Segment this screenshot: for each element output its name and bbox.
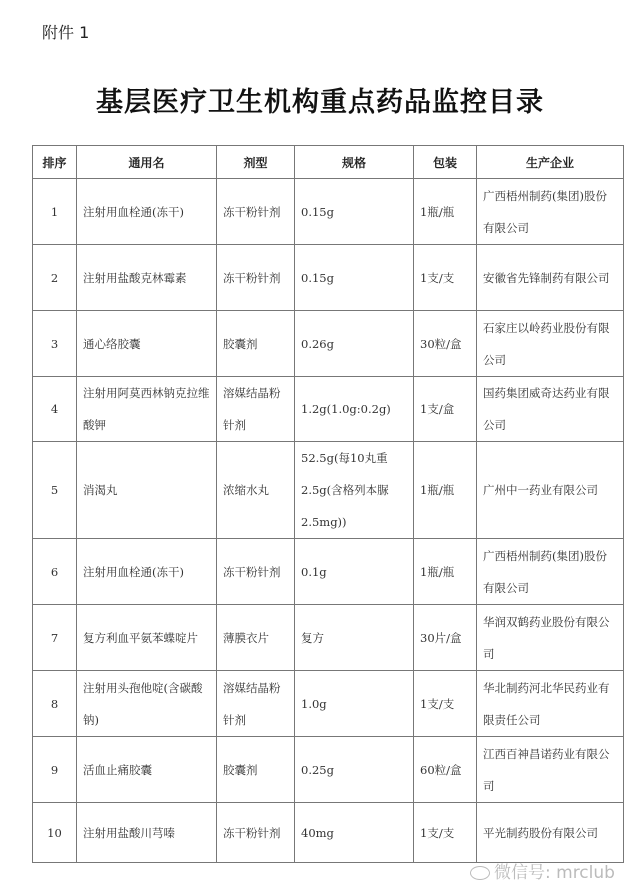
cell-name: 注射用头孢他啶(含碳酸钠) <box>77 671 217 737</box>
cell-form: 溶媒结晶粉针剂 <box>217 377 295 442</box>
cell-name: 注射用盐酸川芎嗪 <box>77 803 217 863</box>
cell-form: 薄膜衣片 <box>217 605 295 671</box>
attachment-label: 附件 1 <box>42 20 89 43</box>
cell-index: 8 <box>33 671 77 737</box>
cell-form: 冻干粉针剂 <box>217 245 295 311</box>
cell-form: 冻干粉针剂 <box>217 539 295 605</box>
column-header-package: 包装 <box>414 146 477 179</box>
cell-form: 胶囊剂 <box>217 311 295 377</box>
cell-form: 胶囊剂 <box>217 737 295 803</box>
table-row: 4 注射用阿莫西林钠克拉维酸钾 溶媒结晶粉针剂 1.2g(1.0g:0.2g) … <box>33 377 624 442</box>
cell-package: 1支/支 <box>414 803 477 863</box>
cell-index: 1 <box>33 179 77 245</box>
cell-package: 1瓶/瓶 <box>414 539 477 605</box>
table-header-row: 排序 通用名 剂型 规格 包装 生产企业 <box>33 146 624 179</box>
cell-manufacturer: 平光制药股份有限公司 <box>477 803 624 863</box>
cell-spec: 1.0g <box>295 671 414 737</box>
table-row: 6 注射用血栓通(冻干) 冻干粉针剂 0.1g 1瓶/瓶 广西梧州制药(集团)股… <box>33 539 624 605</box>
drug-monitoring-table: 排序 通用名 剂型 规格 包装 生产企业 1 注射用血栓通(冻干) 冻干粉针剂 … <box>32 145 624 863</box>
cell-package: 30片/盒 <box>414 605 477 671</box>
table-row: 3 通心络胶囊 胶囊剂 0.26g 30粒/盒 石家庄以岭药业股份有限公司 <box>33 311 624 377</box>
column-header-index: 排序 <box>33 146 77 179</box>
cell-manufacturer: 华润双鹤药业股份有限公司 <box>477 605 624 671</box>
cell-spec: 52.5g(每10丸重2.5g(含格列本脲2.5mg)) <box>295 442 414 539</box>
cell-package: 1支/支 <box>414 245 477 311</box>
cell-package: 1瓶/瓶 <box>414 442 477 539</box>
cell-name: 注射用血栓通(冻干) <box>77 179 217 245</box>
cell-spec: 0.15g <box>295 245 414 311</box>
cell-spec: 复方 <box>295 605 414 671</box>
cell-spec: 1.2g(1.0g:0.2g) <box>295 377 414 442</box>
cell-name: 活血止痛胶囊 <box>77 737 217 803</box>
table-row: 7 复方利血平氨苯蝶啶片 薄膜衣片 复方 30片/盒 华润双鹤药业股份有限公司 <box>33 605 624 671</box>
cell-index: 2 <box>33 245 77 311</box>
cell-index: 5 <box>33 442 77 539</box>
column-header-form: 剂型 <box>217 146 295 179</box>
cell-index: 7 <box>33 605 77 671</box>
cell-spec: 0.26g <box>295 311 414 377</box>
cell-index: 10 <box>33 803 77 863</box>
cell-package: 1支/支 <box>414 671 477 737</box>
cell-spec: 0.1g <box>295 539 414 605</box>
wechat-icon <box>470 866 490 880</box>
watermark: 微信号: mrclub <box>470 858 615 883</box>
cell-form: 浓缩水丸 <box>217 442 295 539</box>
cell-package: 1瓶/瓶 <box>414 179 477 245</box>
cell-name: 注射用血栓通(冻干) <box>77 539 217 605</box>
cell-manufacturer: 江西百神昌诺药业有限公司 <box>477 737 624 803</box>
cell-manufacturer: 国药集团威奇达药业有限公司 <box>477 377 624 442</box>
table-row: 9 活血止痛胶囊 胶囊剂 0.25g 60粒/盒 江西百神昌诺药业有限公司 <box>33 737 624 803</box>
cell-form: 冻干粉针剂 <box>217 803 295 863</box>
cell-spec: 0.25g <box>295 737 414 803</box>
cell-manufacturer: 安徽省先锋制药有限公司 <box>477 245 624 311</box>
cell-spec: 40mg <box>295 803 414 863</box>
cell-name: 消渴丸 <box>77 442 217 539</box>
cell-index: 4 <box>33 377 77 442</box>
cell-package: 30粒/盒 <box>414 311 477 377</box>
column-header-spec: 规格 <box>295 146 414 179</box>
cell-index: 9 <box>33 737 77 803</box>
column-header-name: 通用名 <box>77 146 217 179</box>
cell-manufacturer: 华北制药河北华民药业有限责任公司 <box>477 671 624 737</box>
cell-spec: 0.15g <box>295 179 414 245</box>
table-row: 2 注射用盐酸克林霉素 冻干粉针剂 0.15g 1支/支 安徽省先锋制药有限公司 <box>33 245 624 311</box>
cell-package: 60粒/盒 <box>414 737 477 803</box>
page-title: 基层医疗卫生机构重点药品监控目录 <box>0 80 640 119</box>
cell-manufacturer: 广州中一药业有限公司 <box>477 442 624 539</box>
cell-package: 1支/盒 <box>414 377 477 442</box>
table-row: 8 注射用头孢他啶(含碳酸钠) 溶媒结晶粉针剂 1.0g 1支/支 华北制药河北… <box>33 671 624 737</box>
table-row: 1 注射用血栓通(冻干) 冻干粉针剂 0.15g 1瓶/瓶 广西梧州制药(集团)… <box>33 179 624 245</box>
cell-index: 6 <box>33 539 77 605</box>
cell-name: 注射用盐酸克林霉素 <box>77 245 217 311</box>
cell-name: 注射用阿莫西林钠克拉维酸钾 <box>77 377 217 442</box>
cell-index: 3 <box>33 311 77 377</box>
cell-manufacturer: 石家庄以岭药业股份有限公司 <box>477 311 624 377</box>
cell-form: 溶媒结晶粉针剂 <box>217 671 295 737</box>
column-header-manufacturer: 生产企业 <box>477 146 624 179</box>
cell-name: 通心络胶囊 <box>77 311 217 377</box>
watermark-text: 微信号: mrclub <box>494 863 615 883</box>
table-row: 5 消渴丸 浓缩水丸 52.5g(每10丸重2.5g(含格列本脲2.5mg)) … <box>33 442 624 539</box>
table-row: 10 注射用盐酸川芎嗪 冻干粉针剂 40mg 1支/支 平光制药股份有限公司 <box>33 803 624 863</box>
cell-manufacturer: 广西梧州制药(集团)股份有限公司 <box>477 179 624 245</box>
cell-form: 冻干粉针剂 <box>217 179 295 245</box>
cell-manufacturer: 广西梧州制药(集团)股份有限公司 <box>477 539 624 605</box>
cell-name: 复方利血平氨苯蝶啶片 <box>77 605 217 671</box>
